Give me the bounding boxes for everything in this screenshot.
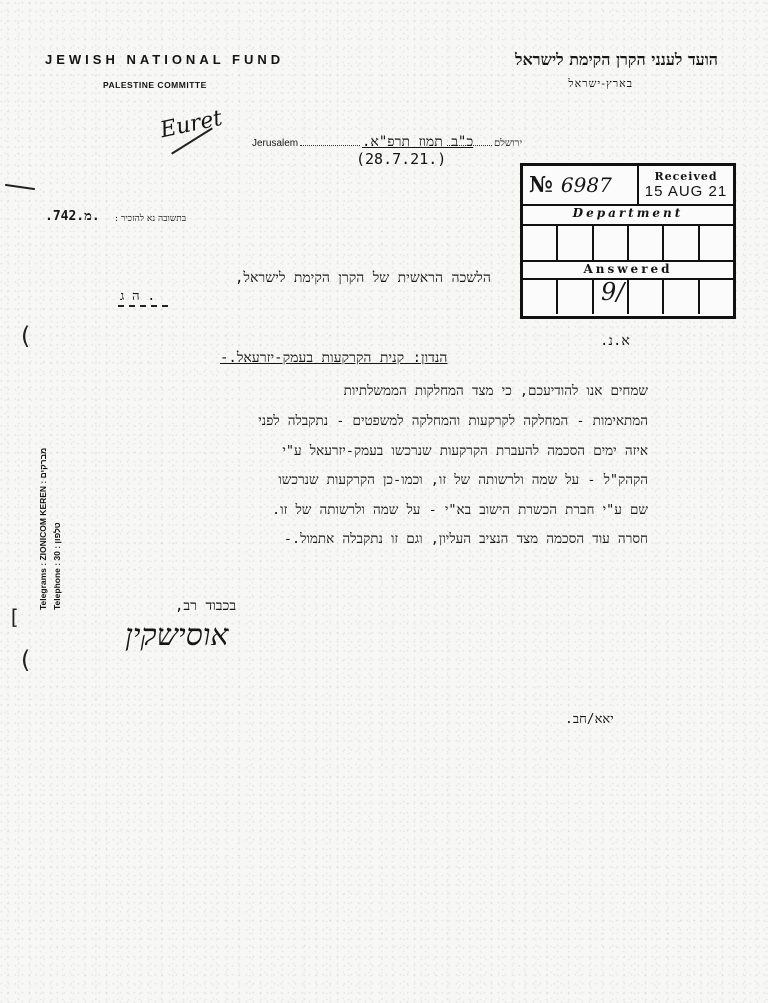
addressee-location: ה ג . [120, 288, 155, 304]
contact-sidebar: Telegrams : ZIONICOM KEREN : מברקים Tele… [36, 448, 64, 610]
margin-bracket-icon: [ [8, 605, 20, 629]
answered-note: 9/ [601, 278, 624, 306]
answered-label: Answered [523, 262, 733, 280]
body-line: איזה ימים הסכמה להעברת הקרקעות שנרכשו בע… [282, 443, 648, 459]
greeting: א.נ. [600, 333, 630, 350]
dateline-city-en: Jerusalem [252, 138, 298, 149]
closing: בכבוד רב, [175, 598, 236, 615]
received-date: 15 AUG 21 [645, 183, 727, 200]
punch-hole-mark-icon: ( [18, 322, 32, 350]
telegrams-info: Telegrams : ZIONICOM KEREN : מברקים [36, 448, 50, 610]
dateline-dotted-line-2 [447, 145, 492, 146]
dateline-hebrew-date: כ"ב תמוז תרפ"א. [362, 134, 473, 151]
department-label: Department [523, 206, 733, 226]
margin-stroke [5, 184, 35, 190]
telephone-info: Telephone : 30 : טלפון [50, 448, 64, 610]
dateline-gregorian-date: (28.7.21.) [356, 150, 446, 168]
addressee: הלשכה הראשית של הקרן הקימת לישראל, [235, 270, 491, 287]
stamp-number: 6987 [561, 173, 612, 197]
stamp-number-cell: № 6987 [523, 166, 639, 204]
body-line: שמחים אנו להודיעכם, כי מצד המחלקות הממשל… [344, 383, 648, 399]
signature: אוסישקין [125, 618, 228, 653]
punch-hole-mark-icon: ( [18, 646, 32, 674]
letterhead-org-en: JEWISH NATIONAL FUND [45, 52, 284, 67]
body-line: המתאימות - המחלקה לקרקעות והמחלקה למשפטי… [258, 413, 648, 429]
letterhead-committee-he: בארץ-ישראל [568, 77, 633, 90]
stamp-received-cell: Received 15 AUG 21 [639, 166, 733, 204]
received-stamp: № 6987 Received 15 AUG 21 Department Ans… [520, 163, 736, 319]
reference-label: בתשובה נא להזכיר : [115, 213, 186, 224]
body-line: חסרה עוד הסכמה מצד הנציב העליון, וגם זו … [284, 531, 648, 547]
typist-initials: יאא/חב. [565, 711, 614, 727]
department-grid [523, 226, 733, 262]
letterhead-committee-en: PALESTINE COMMITTE [103, 80, 207, 90]
received-label: Received [654, 170, 717, 183]
numero-sign: № [529, 172, 553, 198]
dateline-dotted-line [300, 145, 360, 146]
body-line: הקהק"ל - על שמה ולרשותה של זו, וכמו-כן ה… [278, 472, 648, 488]
dateline-city-he: ירושלם [494, 138, 522, 149]
letterhead-org-he: הועד לענני הקרן הקימת לישראל [515, 50, 718, 70]
answered-grid [523, 280, 733, 314]
reference-number: .742.מ. [45, 208, 100, 224]
subject-line: הנדון: קנית הקרקעות בעמק-יזרעאל.- [220, 350, 448, 367]
margin-note: Euret [158, 106, 224, 143]
addressee-underline [118, 305, 168, 307]
body-line: שם ע"י חברת הכשרת הישוב בא"י - על שמה ול… [272, 502, 648, 518]
